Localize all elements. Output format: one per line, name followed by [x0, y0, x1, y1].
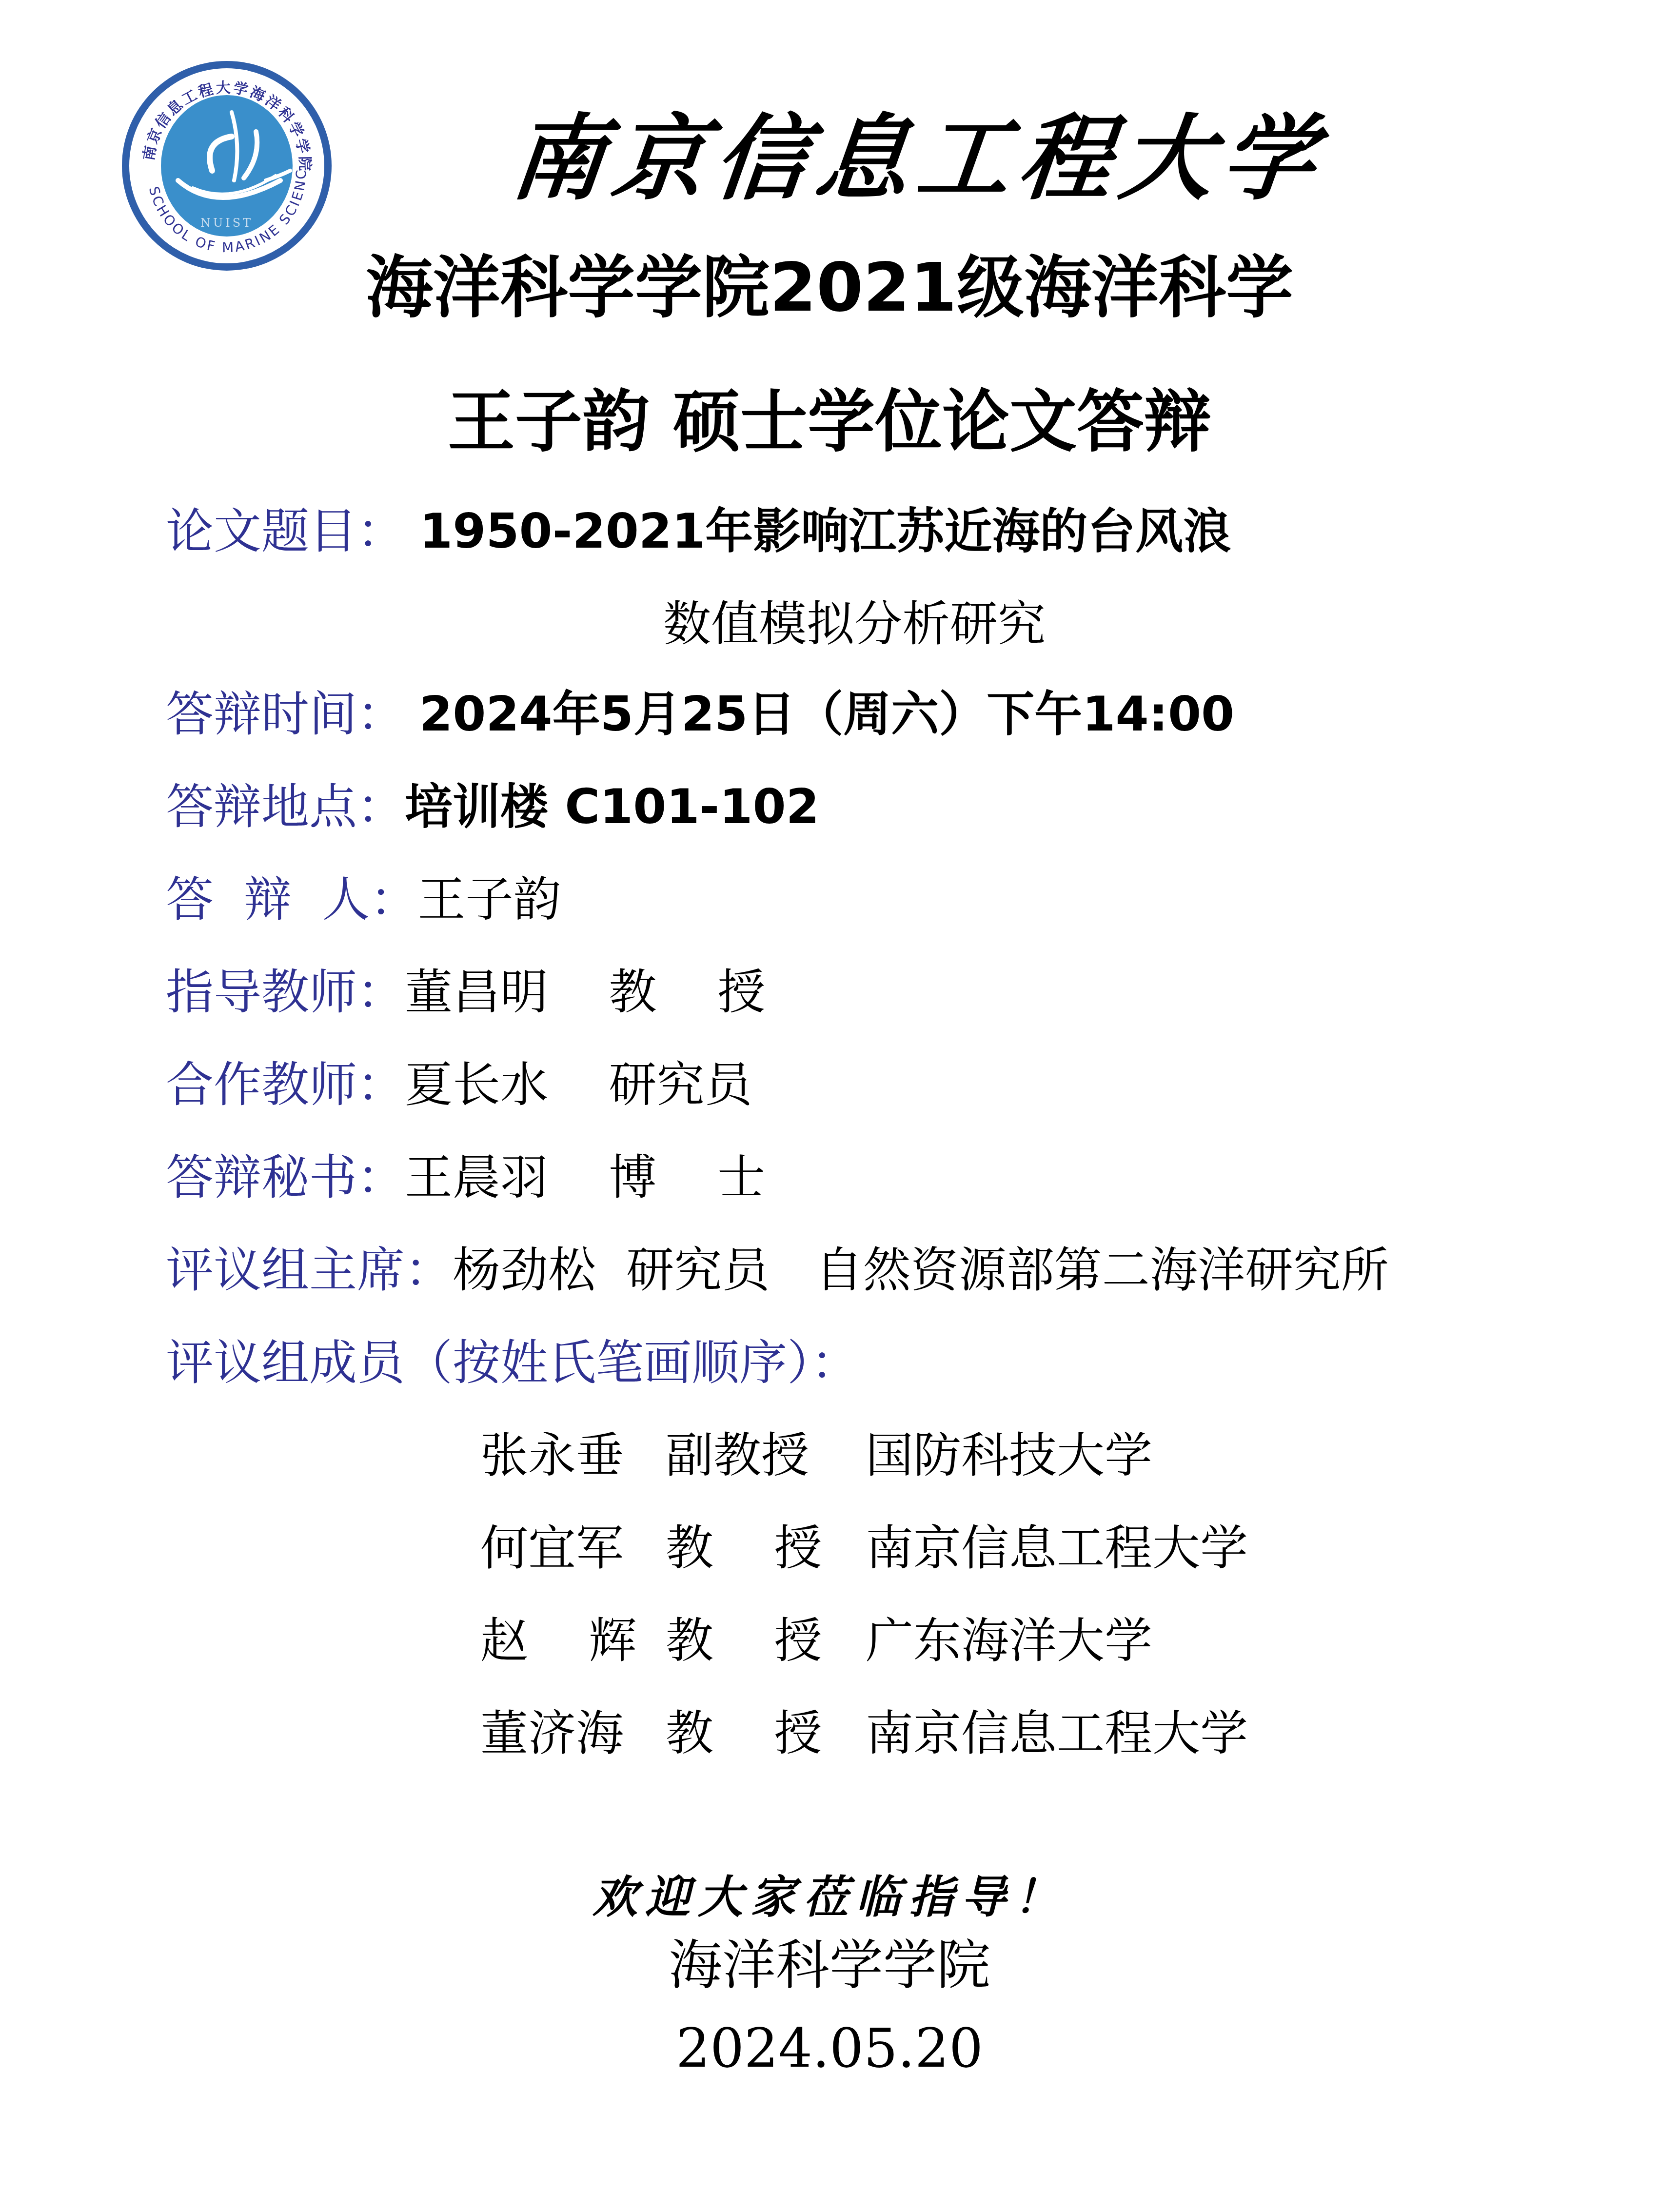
page-title-line1: 海洋科学学院2021级海洋科学: [0, 246, 1659, 329]
place-label: 答辩地点：: [166, 779, 405, 835]
co-supervisor-value: 夏长水 研究员: [405, 1057, 752, 1113]
welcome-message: 欢迎大家莅临指导！: [0, 1868, 1659, 1926]
member-title: 教 授: [666, 1704, 866, 1763]
defender-label: 答 辩 人：: [166, 872, 418, 928]
svg-text:NUIST: NUIST: [200, 216, 253, 230]
field-topic: 论文题目：1950-2021年影响江苏近海的台风浪: [166, 502, 1231, 561]
chair-label: 评议组主席：: [166, 1243, 453, 1298]
list-item-member: 何宜军教 授南京信息工程大学: [480, 1519, 1248, 1578]
field-members: 评议组成员（按姓氏笔画顺序）：: [166, 1334, 859, 1392]
member-affiliation: 广东海洋大学: [866, 1612, 1152, 1670]
marine-school-emblem-icon: 南京信息工程大学海洋科学学院 SCHOOL OF MARINE SCIENCES…: [119, 59, 334, 273]
field-defender: 答 辩 人：王子韵: [166, 870, 561, 929]
members-label: 评议组成员（按姓氏笔画顺序）：: [166, 1335, 859, 1391]
defender-value: 王子韵: [418, 872, 561, 928]
field-secretary: 答辩秘书：王晨羽 博 士: [166, 1148, 765, 1207]
member-name: 何宜军: [480, 1519, 666, 1578]
member-name: 董济海: [480, 1704, 666, 1763]
university-calligraphy-title: 南京信息工程大学: [506, 100, 1254, 217]
secretary-value: 王晨羽 博 士: [405, 1150, 765, 1205]
field-co-supervisor: 合作教师：夏长水 研究员: [166, 1056, 752, 1114]
chair-value: 杨劲松 研究员 自然资源部第二海洋研究所: [453, 1243, 1389, 1298]
topic-value-line2: 数值模拟分析研究: [663, 596, 1046, 652]
list-item-member: 赵 辉教 授广东海洋大学: [480, 1612, 1152, 1670]
member-affiliation: 南京信息工程大学: [866, 1704, 1248, 1763]
time-label: 答辩时间：: [166, 687, 405, 742]
time-value: 2024年5月25日（周六）下午14:00: [419, 687, 1234, 742]
member-affiliation: 国防科技大学: [866, 1426, 1152, 1485]
topic-value-line1: 1950-2021年影响江苏近海的台风浪: [419, 504, 1231, 559]
member-name: 张永垂: [480, 1426, 666, 1485]
field-place: 答辩地点：培训楼 C101-102: [166, 778, 819, 836]
member-title: 教 授: [666, 1612, 866, 1670]
field-supervisor: 指导教师：董昌明 教 授: [166, 963, 765, 1022]
member-title: 教 授: [666, 1519, 866, 1578]
supervisor-label: 指导教师：: [166, 965, 405, 1020]
field-topic-line2: 数值模拟分析研究: [663, 595, 1046, 653]
field-chair: 评议组主席：杨劲松 研究员 自然资源部第二海洋研究所: [166, 1241, 1389, 1300]
footer-school-name: 海洋科学学院: [0, 1931, 1659, 1999]
topic-label: 论文题目：: [166, 504, 405, 559]
page-title-line2: 王子韵 硕士学位论文答辩: [0, 380, 1659, 463]
member-name: 赵 辉: [480, 1612, 666, 1670]
field-time: 答辩时间：2024年5月25日（周六）下午14:00: [166, 685, 1234, 744]
list-item-member: 张永垂副教授国防科技大学: [480, 1426, 1152, 1485]
footer-date: 2024.05.20: [0, 2014, 1659, 2082]
co-supervisor-label: 合作教师：: [166, 1057, 405, 1113]
secretary-label: 答辩秘书：: [166, 1150, 405, 1205]
place-value: 培训楼 C101-102: [405, 779, 819, 835]
member-affiliation: 南京信息工程大学: [866, 1519, 1248, 1578]
list-item-member: 董济海教 授南京信息工程大学: [480, 1704, 1248, 1763]
school-logo: 南京信息工程大学海洋科学学院 SCHOOL OF MARINE SCIENCES…: [119, 59, 334, 273]
supervisor-value: 董昌明 教 授: [405, 965, 765, 1020]
member-title: 副教授: [666, 1426, 866, 1485]
